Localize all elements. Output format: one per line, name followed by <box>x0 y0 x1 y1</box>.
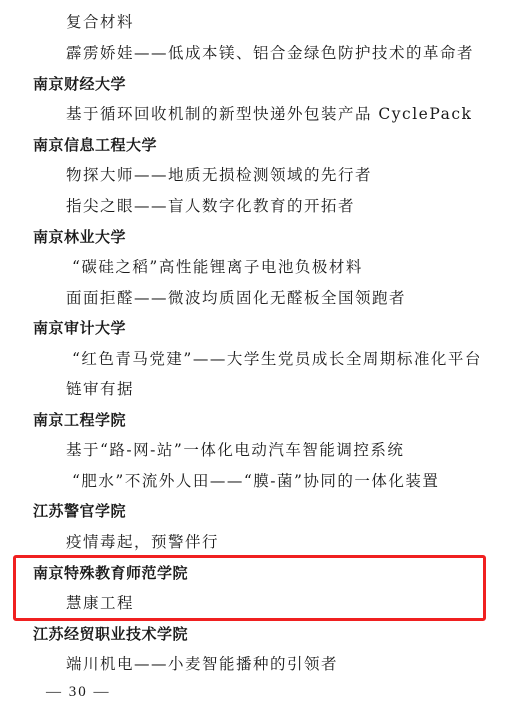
project-title: 霹雳娇娃——低成本镁、铝合金绿色防护技术的革命者 <box>66 43 474 63</box>
institution-heading: 南京信息工程大学 <box>33 135 157 155</box>
project-title: 基于循环回收机制的新型快递外包装产品 CyclePack <box>66 104 472 124</box>
institution-heading: 南京财经大学 <box>33 74 126 94</box>
institution-heading: 江苏警官学院 <box>33 501 126 521</box>
project-title: 复合材料 <box>66 12 134 32</box>
project-title: 面面拒醛——微波均质固化无醛板全国领跑者 <box>66 288 406 308</box>
project-title: “肥水”不流外人田——“膜-菌”协同的一体化装置 <box>72 471 439 491</box>
project-title: 慧康工程 <box>66 593 134 613</box>
page-number: — 30 — <box>46 682 111 702</box>
project-title: “红色青马党建”——大学生党员成长全周期标准化平台 <box>72 349 482 369</box>
project-title: 基于“路-网-站”一体化电动汽车智能调控系统 <box>66 440 404 460</box>
project-title: 指尖之眼——盲人数字化教育的开拓者 <box>66 196 355 216</box>
project-title: “碳硅之稻”高性能锂离子电池负极材料 <box>72 257 363 277</box>
project-title: 端川机电——小麦智能播种的引领者 <box>66 654 338 674</box>
institution-heading: 江苏经贸职业技术学院 <box>33 624 188 644</box>
project-title: 疫情毒起，预警伴行 <box>66 532 219 552</box>
institution-heading: 南京审计大学 <box>33 318 126 338</box>
project-title: 链审有据 <box>66 379 134 399</box>
institution-heading: 南京特殊教育师范学院 <box>33 563 188 583</box>
institution-heading: 南京工程学院 <box>33 410 126 430</box>
project-title: 物探大师——地质无损检测领域的先行者 <box>66 165 372 185</box>
institution-heading: 南京林业大学 <box>33 227 126 247</box>
